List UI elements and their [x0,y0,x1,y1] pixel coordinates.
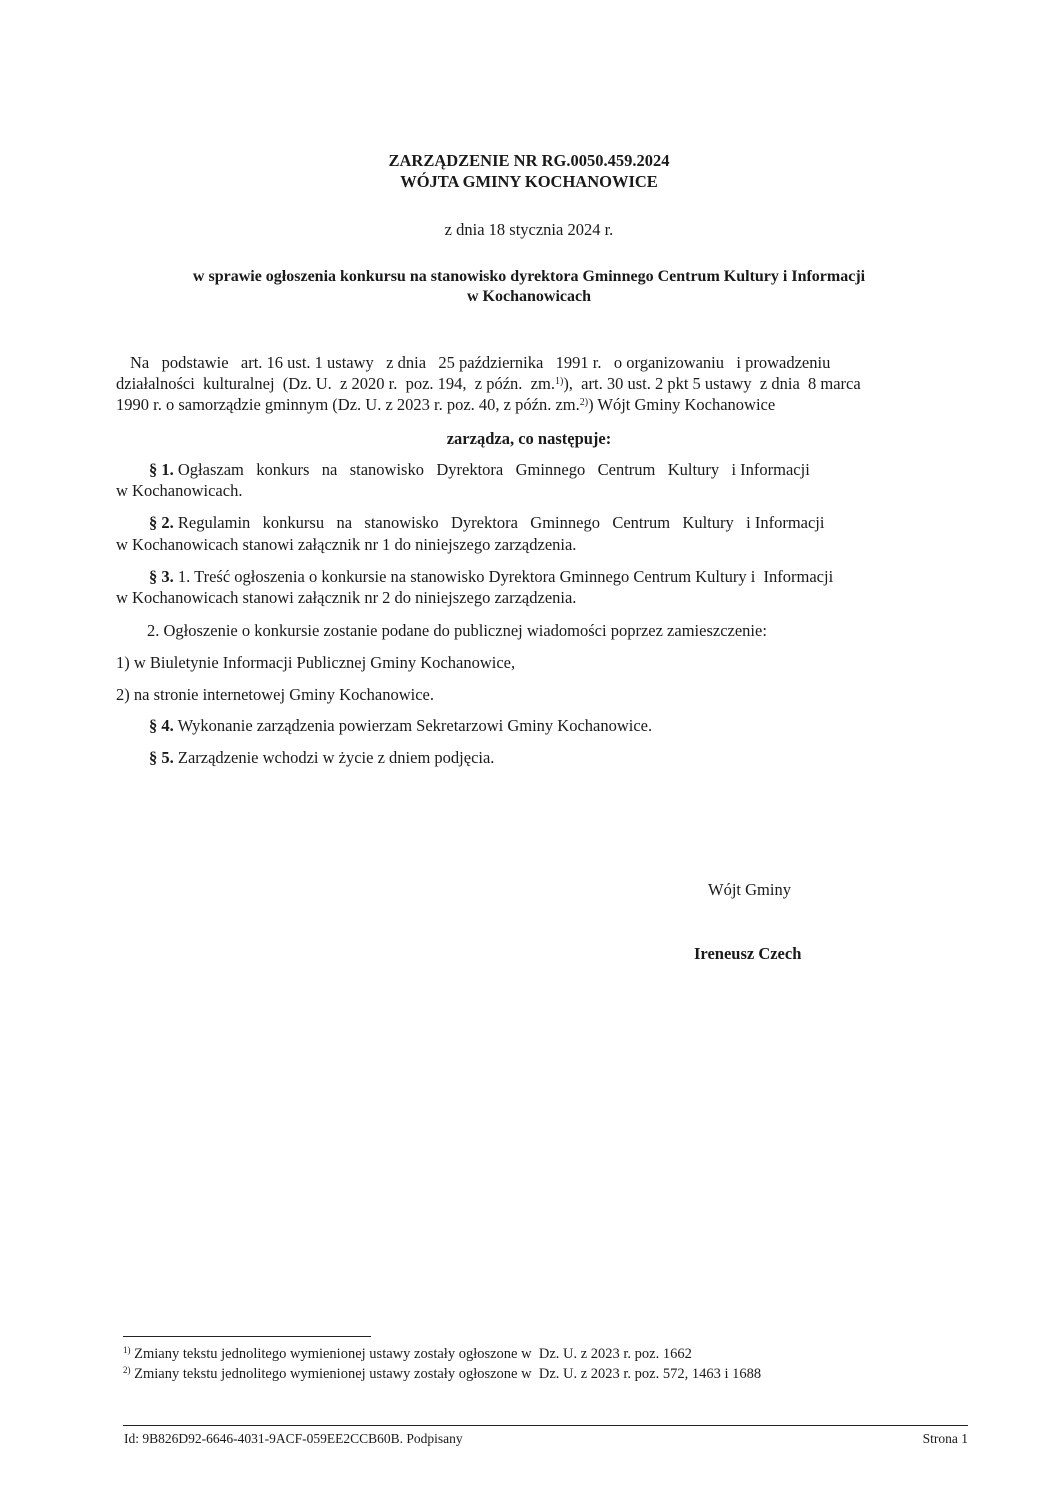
preamble-line-2: działalności kulturalnej (Dz. U. z 2020 … [116,374,964,394]
document-subject-line2: w Kochanowicach [0,288,1058,306]
paragraph-text: Regulamin konkursu na stanowisko Dyrekto… [174,513,825,532]
footnote-text: Zmiany tekstu jednolitego wymienionej us… [131,1366,762,1382]
paragraph-number: § 1. [149,460,174,479]
preamble-line-3: 1990 r. o samorządzie gminnym (Dz. U. z … [116,395,775,415]
document-date: z dnia 18 stycznia 2024 r. [0,220,1058,240]
signature-role: Wójt Gminy [708,880,791,900]
paragraph-2-continuation: w Kochanowicach stanowi załącznik nr 1 d… [116,535,576,555]
page-number: Strona 1 [923,1431,968,1447]
footnote-mark: 1) [123,1345,131,1355]
preamble-line-1: Na podstawie art. 16 ust. 1 ustawy z dni… [130,353,964,373]
paragraph-2: § 2. Regulamin konkursu na stanowisko Dy… [149,513,824,533]
footnote-2: 2) Zmiany tekstu jednolitego wymienionej… [123,1366,761,1383]
paragraph-number: § 4. [149,716,174,735]
footnote-text: Zmiany tekstu jednolitego wymienionej us… [131,1346,692,1362]
document-id: Id: 9B826D92-6646-4031-9ACF-059EE2CCB60B… [124,1431,463,1447]
paragraph-text: 1. Treść ogłoszenia o konkursie na stano… [174,567,833,586]
footnote-separator [123,1336,371,1337]
decree-heading: zarządza, co następuje: [0,429,1058,449]
paragraph-number: § 5. [149,748,174,767]
paragraph-text: Wykonanie zarządzenia powierzam Sekretar… [174,716,652,735]
document-issuer: WÓJTA GMINY KOCHANOWICE [0,172,1058,191]
footer-separator [123,1425,968,1426]
document-subject-line1: w sprawie ogłoszenia konkursu na stanowi… [0,268,1058,286]
paragraph-5: § 5. Zarządzenie wchodzi w życie z dniem… [149,748,494,768]
footnote-mark: 2) [123,1365,131,1375]
list-item: 2) na stronie internetowej Gminy Kochano… [116,685,434,705]
list-item: 1) w Biuletynie Informacji Publicznej Gm… [116,653,515,673]
paragraph-3-item-2: 2. Ogłoszenie o konkursie zostanie podan… [147,621,767,641]
signature-name: Ireneusz Czech [694,944,801,964]
preamble-text: działalności kulturalnej (Dz. U. z 2020 … [116,374,555,393]
footnote-1: 1) Zmiany tekstu jednolitego wymienionej… [123,1346,692,1363]
preamble-text: ) Wójt Gminy Kochanowice [588,395,775,414]
paragraph-text: Ogłaszam konkurs na stanowisko Dyrektora… [174,460,810,479]
preamble-text: Na podstawie art. 16 ust. 1 ustawy z dni… [130,353,830,372]
paragraph-1: § 1. Ogłaszam konkurs na stanowisko Dyre… [149,460,810,480]
paragraph-3: § 3. 1. Treść ogłoszenia o konkursie na … [149,567,833,587]
paragraph-number: § 2. [149,513,174,532]
paragraph-1-continuation: w Kochanowicach. [116,481,242,501]
paragraph-3-continuation: w Kochanowicach stanowi załącznik nr 2 d… [116,588,576,608]
footnote-ref-2[interactable]: 2) [580,397,588,408]
document-title: ZARZĄDZENIE NR RG.0050.459.2024 [0,151,1058,170]
paragraph-4: § 4. Wykonanie zarządzenia powierzam Sek… [149,716,652,736]
preamble-text: 1990 r. o samorządzie gminnym (Dz. U. z … [116,395,580,414]
paragraph-number: § 3. [149,567,174,586]
preamble-text: ), art. 30 ust. 2 pkt 5 ustawy z dnia 8 … [563,374,860,393]
paragraph-text: Zarządzenie wchodzi w życie z dniem podj… [174,748,495,767]
